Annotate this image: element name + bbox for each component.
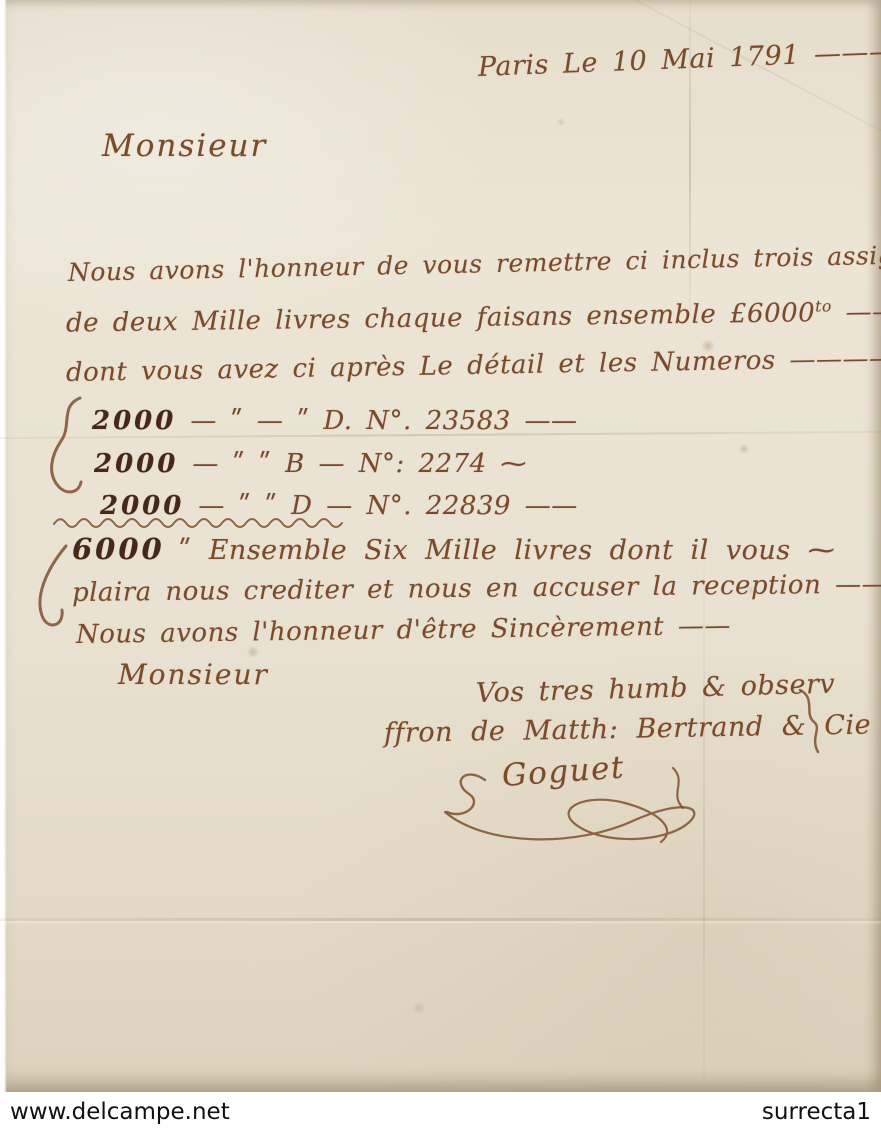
assignat-amount: 2000: [100, 491, 184, 521]
body-line-2-text: de deux Mille livres chaque faisans ense…: [66, 298, 816, 338]
paper: Paris Le 10 Mai 1791 ——— Monsieur Nous a…: [0, 0, 881, 1092]
total-text: ʺ Ensemble Six Mille livres dont il vous…: [179, 535, 835, 566]
watermark-site: www.delcampe.net: [10, 1099, 230, 1125]
assignat-detail: — ʺ ʺ B — N°: 2274 ⁓: [192, 449, 527, 479]
dateline: Paris Le 10 Mai 1791 ———: [477, 36, 881, 83]
salutation-2: Monsieur: [118, 658, 269, 691]
body-line-5: plaira nous crediter et nous en accuser …: [72, 569, 881, 608]
stain: [246, 646, 260, 658]
stain: [738, 444, 750, 454]
crease-horizontal-lower: [0, 918, 881, 921]
total-line: 6000ʺ Ensemble Six Mille livres dont il …: [72, 532, 835, 566]
assignat-detail: — ʺ — ʺ D. N°. 23583 ——: [190, 406, 577, 436]
assignat-row: 2000— ʺ ʺ D — N°. 22839 ——: [100, 491, 578, 521]
total-amount: 6000: [72, 532, 165, 566]
firm-line: ffron de Matth: Bertrand & Cie: [384, 709, 872, 748]
body-line-1: Nous avons l'honneur de vous remettre ci…: [68, 240, 881, 287]
body-line-2: de deux Mille livres chaque faisans ense…: [66, 296, 881, 338]
stain: [410, 1002, 428, 1014]
body-line-2-dash: ——: [832, 297, 881, 328]
signature-name: Goguet: [501, 749, 626, 793]
assignat-amount: 2000: [94, 449, 178, 479]
closing-line: Vos tres humb & observ: [476, 669, 836, 709]
margin-curl-flourish: [26, 540, 72, 632]
crease-diagonal-top-right: [564, 0, 881, 160]
watermark-seller: surrecta1: [762, 1099, 871, 1125]
stain: [556, 118, 566, 126]
assignat-detail: — ʺ ʺ D — N°. 22839 ——: [198, 491, 577, 521]
body-line-6: Nous avons l'honneur d'être Sincèrement …: [76, 611, 731, 650]
assignat-row: 2000— ʺ — ʺ D. N°. 23583 ——: [92, 406, 578, 436]
salutation: Monsieur: [102, 128, 267, 164]
assignat-amount: 2000: [92, 406, 176, 436]
watermark-bar: www.delcampe.net surrecta1: [0, 1092, 881, 1131]
livres-abbreviation: to: [815, 297, 832, 315]
torn-paper-edge: [0, 0, 7, 1092]
body-line-3: dont vous avez ci après Le détail et les…: [66, 344, 881, 388]
letter-scan: Paris Le 10 Mai 1791 ——— Monsieur Nous a…: [0, 0, 881, 1131]
left-brace-flourish: [44, 394, 86, 506]
assignat-row: 2000— ʺ ʺ B — N°: 2274 ⁓: [94, 449, 527, 479]
